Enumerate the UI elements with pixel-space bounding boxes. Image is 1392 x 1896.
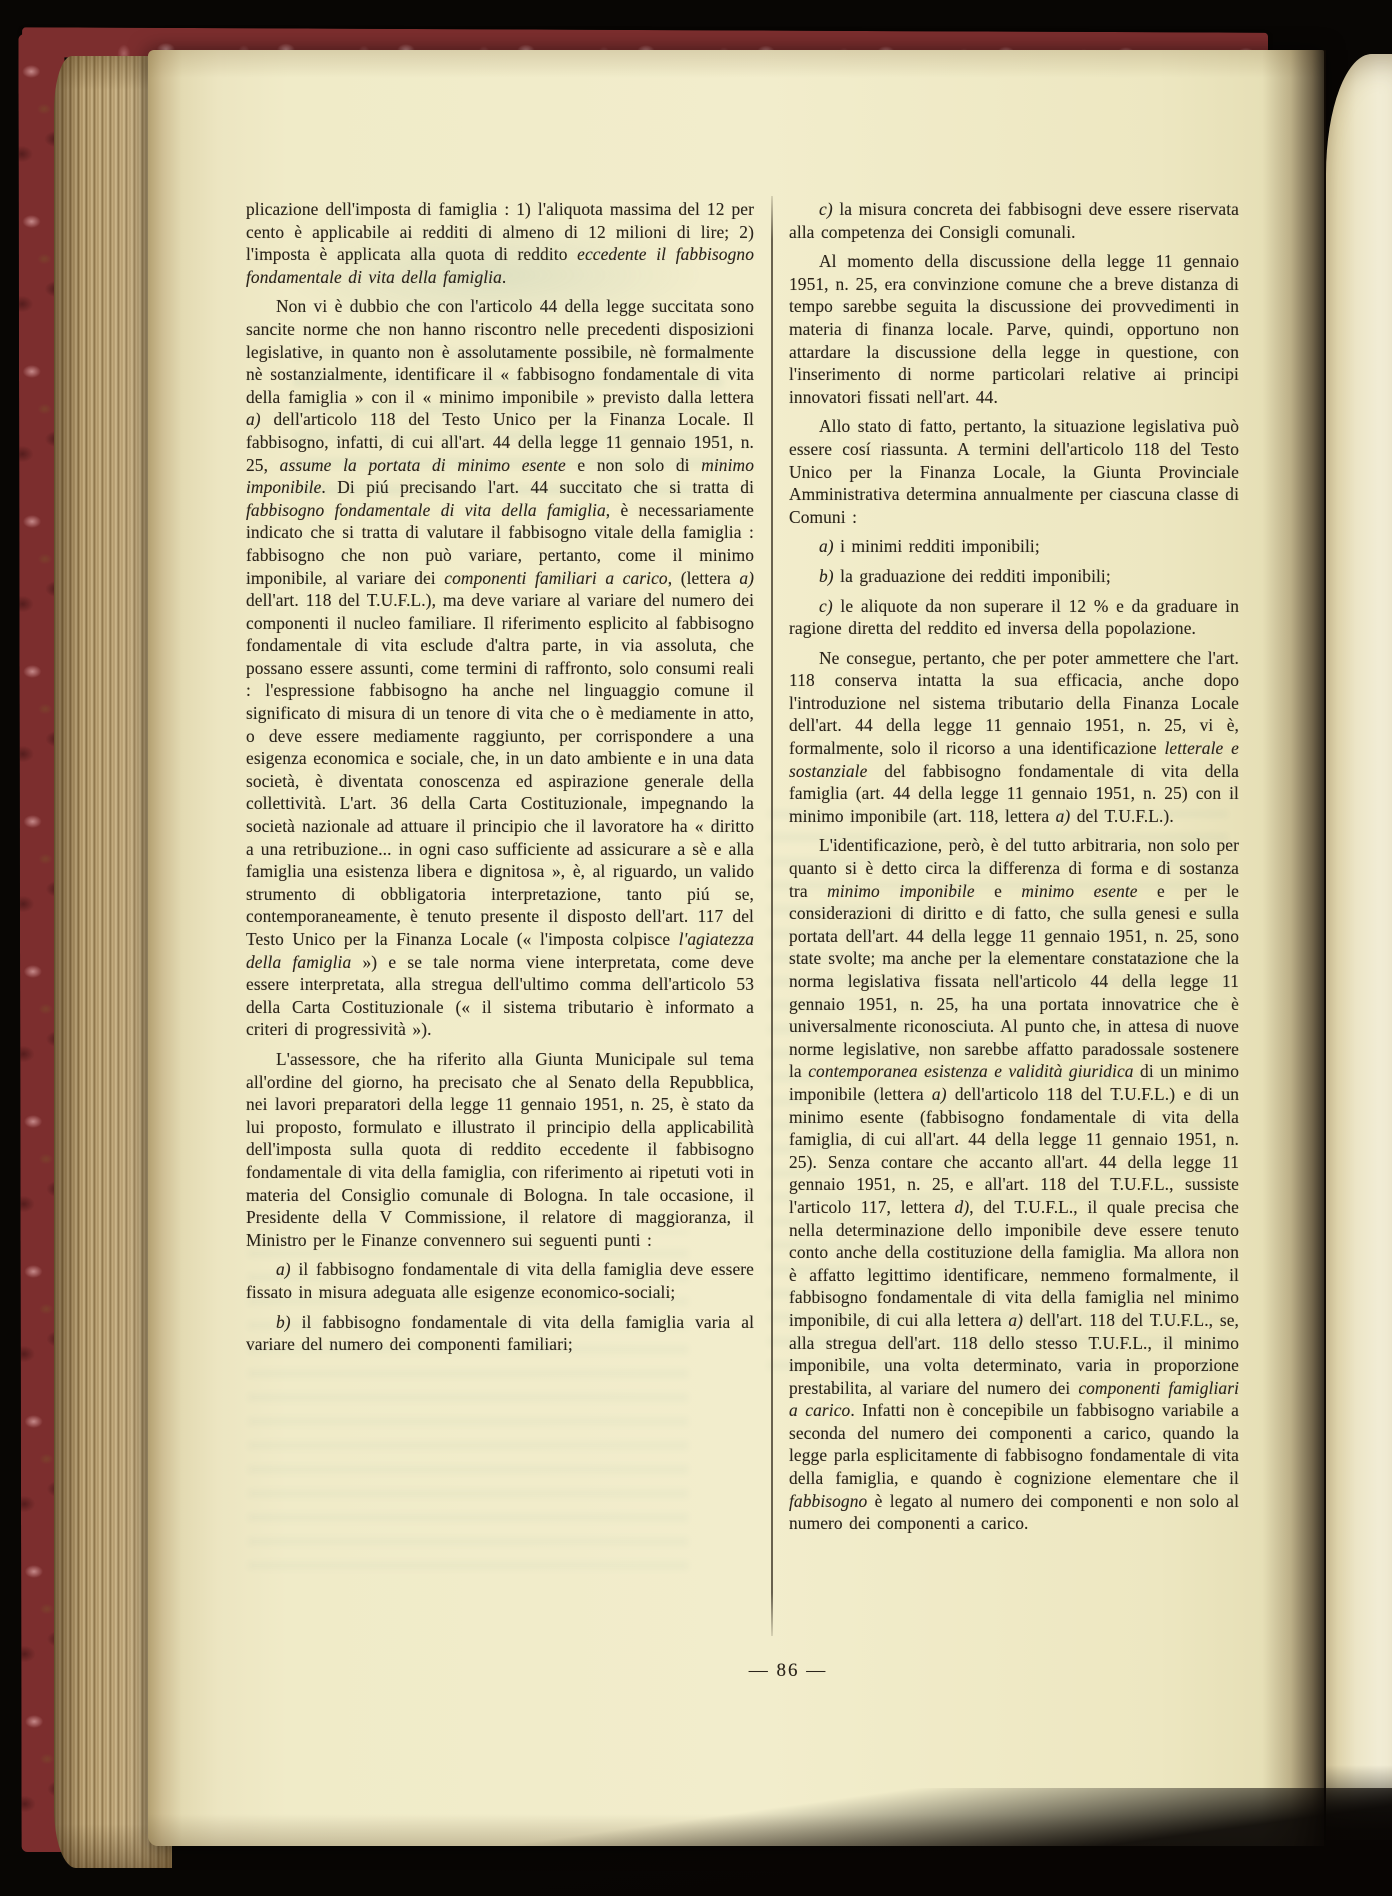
paragraph: Non vi è dubbio che con l'articolo 44 de…: [246, 295, 754, 1041]
italic-text-segment: minimo imponibile: [827, 881, 975, 901]
text-segment: Allo stato di fatto, pertanto, la situaz…: [789, 416, 1239, 526]
italic-text-segment: contemporanea esistenza e validità giuri…: [808, 1061, 1133, 1081]
text-segment: i minimi redditi imponibili;: [834, 536, 1040, 556]
italic-text-segment: a): [276, 1259, 291, 1279]
text-segment: e: [975, 881, 1022, 901]
text-segment: dell'art. 118 del T.U.F.L.), ma deve var…: [246, 590, 754, 949]
paragraph: plicazione dell'imposta di famiglia : 1)…: [246, 198, 754, 288]
paragraph: c) le aliquote da non superare il 12 % e…: [789, 595, 1239, 640]
paragraph: b) la graduazione dei redditi imponibili…: [789, 565, 1239, 588]
italic-text-segment: fabbisogno: [789, 1491, 867, 1511]
italic-text-segment: c): [819, 199, 833, 219]
text-segment: le aliquote da non superare il 12 % e da…: [789, 596, 1239, 639]
italic-text-segment: componenti familiari a carico: [444, 568, 667, 588]
text-segment: del T.U.F.L.).: [1070, 806, 1173, 826]
italic-text-segment: a): [819, 536, 834, 556]
paragraph: L'identificazione, però, è del tutto arb…: [789, 834, 1239, 1534]
italic-text-segment: b): [276, 1312, 291, 1332]
italic-text-segment: a): [1056, 806, 1071, 826]
next-page-edge: [1326, 54, 1392, 1840]
paragraph: c) la misura concreta dei fabbisogni dev…: [789, 198, 1239, 243]
text-segment: L'assessore, che ha riferito alla Giunta…: [246, 1049, 754, 1250]
italic-text-segment: b): [819, 566, 834, 586]
gutter-shadow: [1262, 50, 1326, 1846]
text-segment: .: [502, 267, 506, 287]
text-segment: il fabbisogno fondamentale di vita della…: [246, 1259, 754, 1302]
text-segment: e non solo di: [566, 455, 701, 475]
italic-text-segment: a): [1008, 1310, 1023, 1330]
bottom-shadow: [380, 1788, 1392, 1896]
page-number: — 86 —: [718, 1660, 858, 1682]
paragraph: L'assessore, che ha riferito alla Giunta…: [246, 1048, 754, 1251]
text-segment: , (lettera: [668, 568, 740, 588]
text-segment: . Infatti non è concepibile un fabbisogn…: [789, 1400, 1239, 1488]
column-divider-rule: [771, 196, 773, 1636]
italic-text-segment: c): [819, 596, 833, 616]
text-segment: Al momento della discussione della legge…: [789, 251, 1239, 407]
italic-text-segment: a): [932, 1084, 947, 1104]
text-segment: Non vi è dubbio che con l'articolo 44 de…: [246, 296, 754, 406]
text-segment: la graduazione dei redditi imponibili;: [834, 566, 1111, 586]
open-book-page: plicazione dell'imposta di famiglia : 1)…: [148, 50, 1324, 1846]
italic-text-segment: minimo esente: [1021, 881, 1137, 901]
paragraph: Allo stato di fatto, pertanto, la situaz…: [789, 415, 1239, 528]
italic-text-segment: fabbisogno fondamentale di vita della fa…: [246, 500, 606, 520]
paragraph: a) i minimi redditi imponibili;: [789, 535, 1239, 558]
italic-text-segment: a): [246, 409, 261, 429]
text-column-left: plicazione dell'imposta di famiglia : 1)…: [246, 198, 754, 1363]
paragraph: Al momento della discussione della legge…: [789, 250, 1239, 408]
book-photo-scene: plicazione dell'imposta di famiglia : 1)…: [0, 0, 1392, 1896]
italic-text-segment: d): [955, 1197, 970, 1217]
text-segment: il fabbisogno fondamentale di vita della…: [246, 1312, 754, 1355]
text-segment: la misura concreta dei fabbisogni deve e…: [789, 199, 1239, 242]
text-column-right: c) la misura concreta dei fabbisogni dev…: [789, 198, 1239, 1542]
italic-text-segment: assume la portata di minimo esente: [280, 455, 566, 475]
paragraph: Ne consegue, pertanto, che per poter amm…: [789, 647, 1239, 828]
paragraph: b) il fabbisogno fondamentale di vita de…: [246, 1311, 754, 1356]
text-segment: . Di piú precisando l'art. 44 succitato …: [321, 477, 754, 497]
text-segment: e per le considerazioni di diritto e di …: [789, 881, 1239, 1082]
italic-text-segment: a): [739, 568, 754, 588]
paragraph: a) il fabbisogno fondamentale di vita de…: [246, 1258, 754, 1303]
